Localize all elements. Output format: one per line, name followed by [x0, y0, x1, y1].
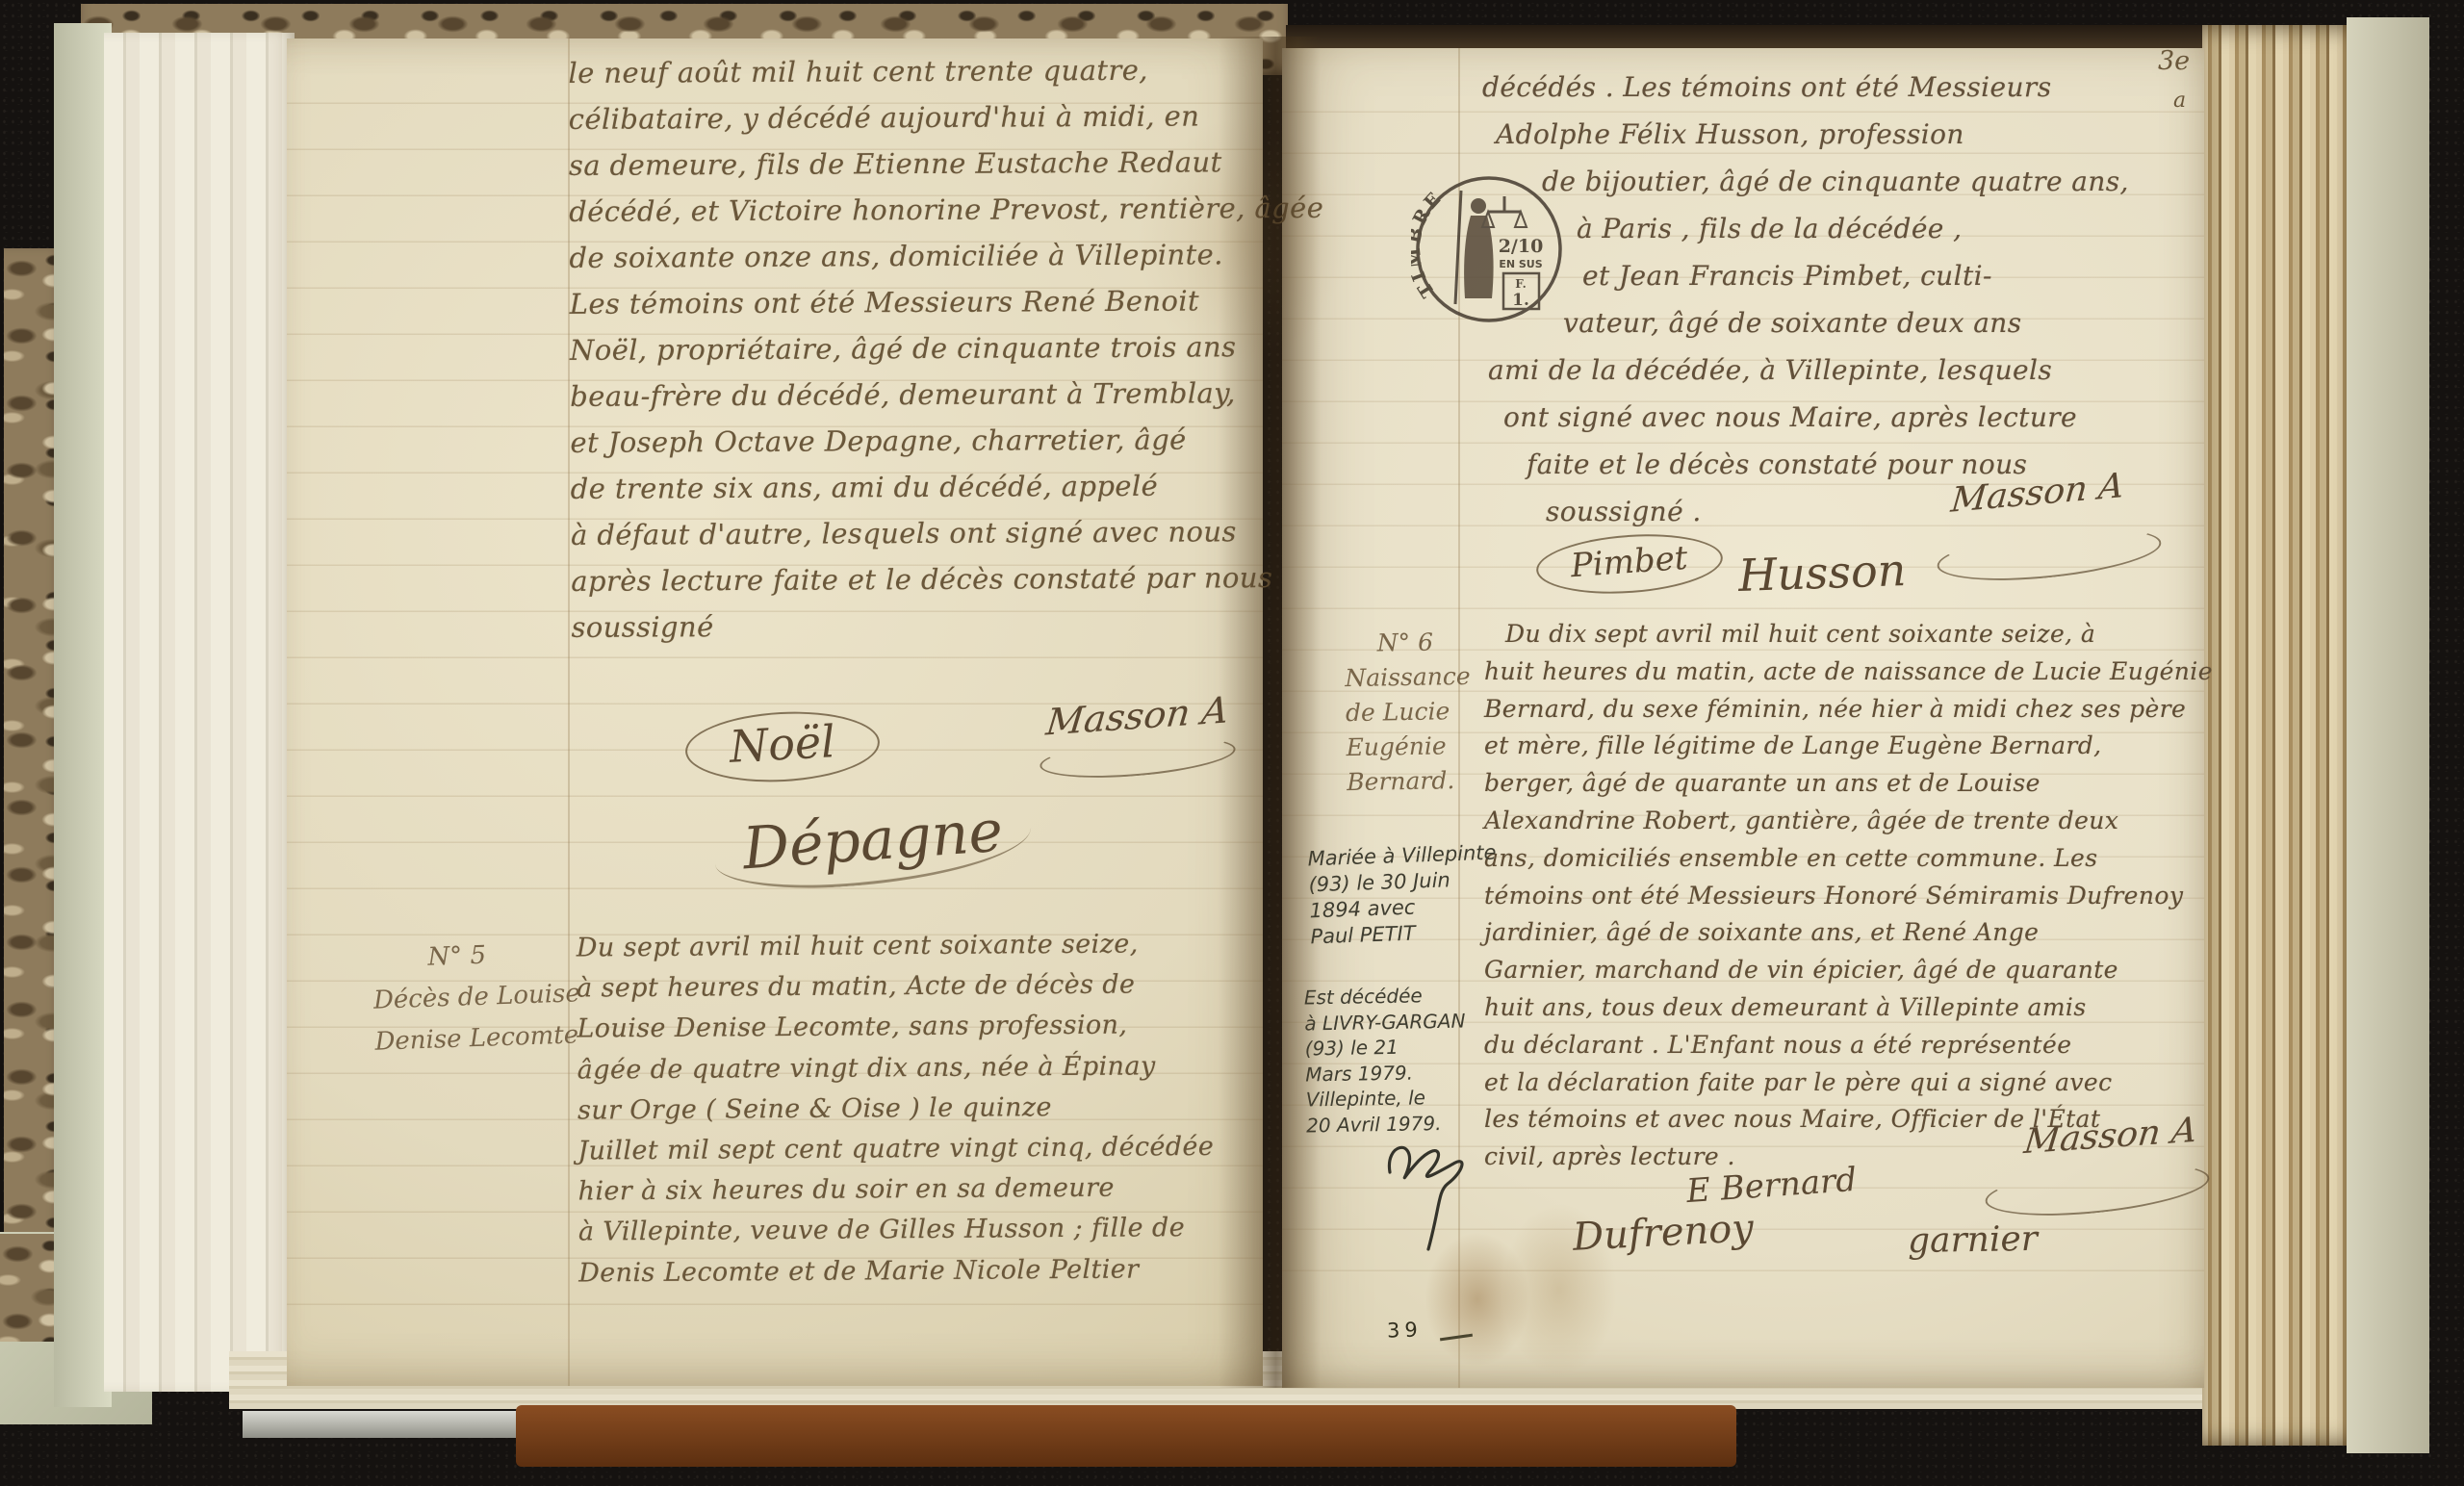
registry-book-photo: le neuf août mil huit cent trente quatre… [0, 0, 2464, 1486]
handwritten-line: sa demeure, fils de Etienne Eustache Red… [569, 139, 1271, 189]
handwritten-line: Villepinte, le [1305, 1085, 1467, 1113]
bottom-clasp-band [243, 1411, 560, 1438]
handwritten-line: à sept heures du matin, Acte de décès de [577, 964, 1279, 1010]
handwritten-line: Du sept avril mil huit cent soixante sei… [577, 923, 1279, 968]
handwritten-line: à défaut d'autre, lesquels ont signé ave… [571, 508, 1273, 558]
stamp-rate: 2/10 [1499, 236, 1544, 257]
handwritten-line: le neuf août mil huit cent trente quatre… [568, 46, 1270, 96]
handwritten-line: à LIVRY-GARGAN [1304, 1008, 1466, 1036]
handwritten-line: âgée de quatre vingt dix ans, née à Épin… [577, 1045, 1280, 1090]
handwritten-line: (93) le 21 [1305, 1034, 1467, 1062]
margin-note-record-6: N° 6Naissancede LucieEugénieBernard. [1344, 625, 1472, 800]
signature-dufrenoy: Dufrenoy [1572, 1206, 1755, 1260]
book-cover-right-band [2347, 17, 2429, 1453]
handwritten-line: de trente six ans, ami du décédé, appelé [571, 462, 1273, 512]
signature-husson: Husson [1737, 544, 1907, 602]
handwritten-line: à Paris , fils de la décédée , [1577, 205, 2214, 252]
handwritten-line: sur Orge ( Seine & Oise ) le quinze [577, 1086, 1280, 1131]
handwritten-line: de soixante onze ans, domiciliée à Ville… [569, 231, 1271, 281]
handwritten-line: N° 6 [1376, 625, 1470, 661]
handwritten-line: Les témoins ont été Messieurs René Benoi… [570, 277, 1272, 327]
handwritten-line: soussigné [571, 601, 1273, 651]
handwritten-line: ans, domiciliés ensemble en cette commun… [1484, 840, 2245, 878]
handwritten-line: de bijoutier, âgé de cinquante quatre an… [1542, 158, 2214, 205]
timbre-revenue-stamp: TIMBRE 2/10 EN SUS F. 1. [1411, 171, 1567, 327]
handwritten-line: ami de la décédée, à Villepinte, lesquel… [1488, 346, 2214, 394]
handwritten-line: berger, âgé de quarante un ans et de Lou… [1484, 765, 2245, 803]
handwritten-line: et Jean Francis Pimbet, culti- [1582, 252, 2214, 299]
handwritten-line: ont signé avec nous Maire, après lecture [1503, 394, 2214, 441]
handwritten-line: Décès de Louise [372, 973, 580, 1021]
margin-note-record-5: N° 5Décès de LouiseDenise Lecomte [372, 932, 582, 1063]
page-number: 39 [1387, 1318, 1424, 1342]
handwritten-line: décédé, et Victoire honorine Prevost, re… [569, 185, 1271, 235]
handwritten-line: célibataire, y décédé aujourd'hui à midi… [569, 92, 1271, 142]
handwritten-line: du déclarant . L'Enfant nous a été repré… [1484, 1027, 2245, 1064]
left-page-stack-edges [104, 33, 295, 1392]
handwritten-line: Mars 1979. [1305, 1059, 1467, 1087]
handwritten-line: vateur, âgé de soixante deux ans [1563, 299, 2214, 346]
handwritten-line: Eugénie [1346, 729, 1472, 765]
handwritten-line: Garnier, marchand de vin épicier, âgé de… [1484, 952, 2245, 989]
annotation-signature-squiggle [1371, 1114, 1496, 1259]
handwritten-line: et mère, fille légitime de Lange Eugène … [1484, 728, 2245, 765]
handwritten-line: Adolphe Félix Husson, profession [1496, 111, 2214, 158]
handwritten-line: Denise Lecomte [374, 1014, 582, 1063]
stamp-value: 1. [1512, 291, 1529, 310]
handwritten-line: Noël, propriétaire, âgé de cinquante tro… [570, 323, 1272, 373]
handwritten-line: de Lucie [1346, 694, 1472, 730]
handwritten-line: Juillet mil sept cent quatre vingt cinq,… [577, 1126, 1280, 1171]
handwritten-line: Est décédée [1304, 983, 1466, 1011]
handwritten-line: Naissance [1345, 659, 1471, 696]
handwritten-line: beau-frère du décédé, demeurant à Trembl… [570, 370, 1272, 420]
marginal-marriage-annotation: Mariée à Villepinte(93) le 30 Juin1894 a… [1307, 840, 1500, 951]
signature-garnier: garnier [1908, 1219, 2039, 1261]
handwritten-line: Alexandrine Robert, gantière, âgée de tr… [1484, 803, 2245, 840]
handwritten-line: huit ans, tous deux demeurant à Villepin… [1484, 989, 2245, 1027]
record-5-ending-text: le neuf août mil huit cent trente quatre… [568, 46, 1273, 651]
handwritten-line: et la déclaration faite par le père qui … [1484, 1064, 2245, 1102]
handwritten-line: et Joseph Octave Depagne, charretier, âg… [570, 416, 1272, 466]
handwritten-line: Louise Denise Lecomte, sans profession, [577, 1005, 1279, 1050]
book-spine-bottom [516, 1405, 1736, 1467]
handwritten-line: Du dix sept avril mil huit cent soixante… [1505, 616, 2245, 653]
record-5-act-text: Du sept avril mil huit cent soixante sei… [577, 923, 1282, 1294]
handwritten-line: après lecture faite et le décès constaté… [571, 554, 1273, 604]
handwritten-line: Bernard. [1347, 763, 1473, 800]
handwritten-line: à Villepinte, veuve de Gilles Husson ; f… [578, 1208, 1281, 1253]
handwritten-line: décédés . Les témoins ont été Messieurs [1482, 64, 2214, 111]
stamp-rate-note: EN SUS [1499, 258, 1542, 270]
record-5-continuation-text: décédés . Les témoins ont été MessieursA… [1482, 64, 2214, 535]
record-6-birth-act-text: Du dix sept avril mil huit cent soixante… [1484, 616, 2245, 1176]
handwritten-line: huit heures du matin, acte de naissance … [1484, 653, 2245, 691]
handwritten-line: N° 5 [427, 932, 579, 978]
stamp-currency: F. [1515, 277, 1527, 291]
handwritten-line: Denis Lecomte et de Marie Nicole Peltier [578, 1248, 1281, 1294]
handwritten-line: hier à six heures du soir en sa demeure [577, 1167, 1280, 1213]
book-cover-left-band [54, 23, 112, 1407]
handwritten-line: jardinier, âgé de soixante ans, et René … [1484, 914, 2245, 952]
handwritten-line: Bernard, du sexe féminin, née hier à mid… [1484, 691, 2245, 729]
handwritten-line: témoins ont été Messieurs Honoré Sémiram… [1484, 878, 2245, 915]
